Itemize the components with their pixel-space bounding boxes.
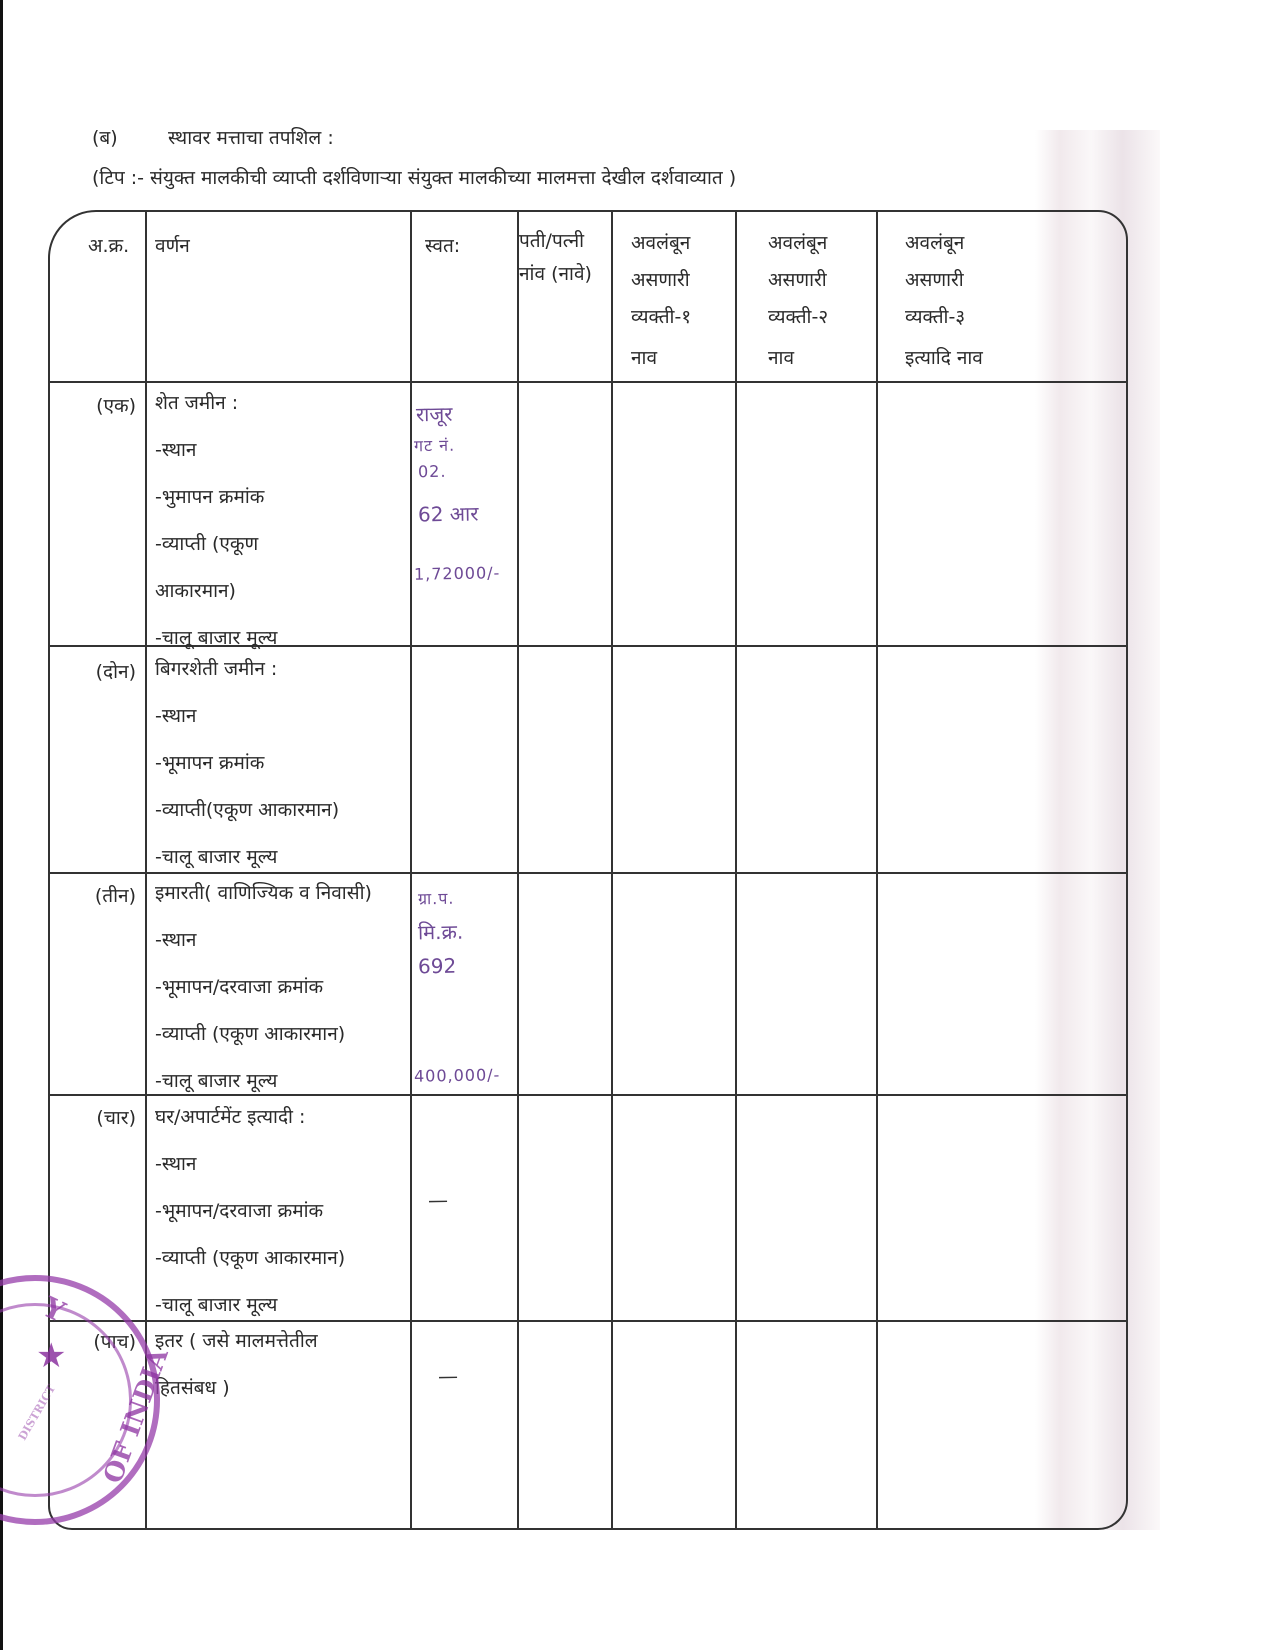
row-description-2: बिगरशेती जमीन : -स्थान -भूमापन क्रमांक -… [155, 646, 339, 881]
header-spouse: पती/पत्नी नांव (नावे) [519, 225, 592, 291]
col-divider [410, 210, 412, 1530]
col-divider [517, 210, 519, 1530]
handwritten-self-row1-survey-no: 02. [418, 458, 447, 486]
section-title: स्थावर मत्ताचा तपशिल : [168, 127, 334, 149]
section-note: (टिप :- संयुक्त मालकीची व्याप्ती दर्शविण… [92, 164, 736, 190]
col-divider [735, 210, 737, 1530]
header-self: स्वत: [425, 228, 460, 265]
handwritten-self-row3-property: मि.क्र. [418, 918, 464, 947]
header-dependent-3: अवलंबून असणारी व्यक्ती-३ इत्यादि नाव [905, 225, 983, 377]
row-serial-1: (एक) [66, 392, 136, 418]
header-dependent-2: अवलंबून असणारी व्यक्ती-२ नाव [768, 225, 828, 377]
row-description-1: शेत जमीन : -स्थान -भुमापन क्रमांक -व्याप… [155, 380, 277, 662]
row-serial-2: (दोन) [66, 658, 136, 684]
section-heading: (ब) स्थावर मत्ताचा तपशिल : [92, 124, 334, 150]
handwritten-self-row3-number: 692 [418, 952, 457, 981]
handwritten-self-row4-dash: — [428, 1186, 448, 1214]
handwritten-self-row1-location: राजूर [416, 400, 453, 429]
header-serial: अ.क्र. [88, 228, 129, 265]
header-dependent-1: अवलंबून असणारी व्यक्ती-१ नाव [631, 225, 691, 377]
col-divider [611, 210, 613, 1530]
row-description-4: घर/अपार्टमेंट इत्यादी : -स्थान -भूमापन/द… [155, 1094, 345, 1329]
star-icon: ★ [36, 1336, 66, 1376]
handwritten-self-row1-survey: गट नं. [414, 432, 456, 461]
row-serial-3: (तीन) [66, 882, 136, 908]
row-description-3: इमारती( वाणिज्यिक व निवासी) -स्थान -भूमा… [155, 870, 372, 1105]
section-label: (ब) [92, 124, 162, 150]
row-description-5: इतर ( जसे मालमत्तेतील हितसंबध ) [155, 1318, 318, 1412]
header-description: वर्णन [155, 228, 190, 265]
handwritten-self-row3-location: ग्रा.प. [418, 885, 455, 914]
col-divider [145, 210, 147, 1530]
handwritten-self-row1-area: 62 आर [418, 499, 479, 528]
col-divider [876, 210, 878, 1530]
handwritten-self-row3-value: 400,000/- [414, 1061, 501, 1091]
row-serial-4: (चार) [66, 1104, 136, 1130]
handwritten-self-row1-value: 1,72000/- [414, 559, 501, 589]
handwritten-self-row5-dash: — [438, 1362, 458, 1390]
